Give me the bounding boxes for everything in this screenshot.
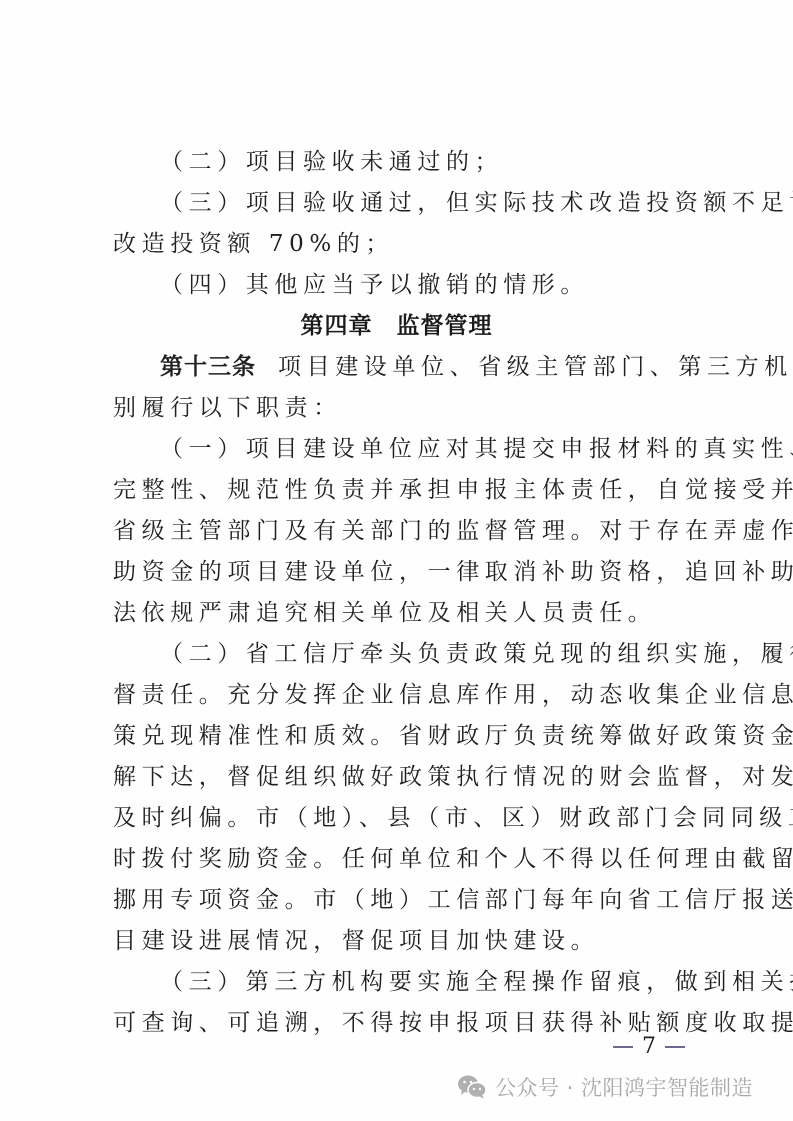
article-text: 项目建设单位、省级主管部门、第三方机构等分	[278, 354, 793, 380]
clause-1-line: 省级主管部门及有关部门的监督管理。对于存在弄虚作假骗取补	[113, 516, 793, 546]
clause-1-line: 法依规严肃追究相关单位及相关人员责任。	[113, 598, 656, 628]
clause-2-line: （二）省工信厅牵头负责政策兑现的组织实施，履行财会监	[160, 639, 793, 669]
clause-3-line: （三）第三方机构要实施全程操作留痕，做到相关操作记录	[160, 967, 793, 997]
clause-2-line: 及时纠偏。市（地）、县（市、区）财政部门会同同级工信部门及	[113, 803, 793, 833]
chapter-title: 第四章 监督管理	[0, 311, 793, 341]
clause-1-line: 完整性、规范性负责并承担申报主体责任，自觉接受并积极配合	[113, 475, 793, 505]
list-item-revoke-2: （二）项目验收未通过的；	[160, 147, 503, 177]
article-13-line-1: 第十三条项目建设单位、省级主管部门、第三方机构等分	[160, 352, 793, 382]
article-heading: 第十三条	[160, 354, 256, 380]
clause-2-line: 目建设进展情况，督促项目加快建设。	[113, 926, 599, 956]
list-item-revoke-3: （三）项目验收通过，但实际技术改造投资额不足计划技术	[160, 188, 793, 218]
clause-1-line: （一）项目建设单位应对其提交申报材料的真实性、准确性、	[160, 434, 793, 464]
document-page: （二）项目验收未通过的； （三）项目验收通过，但实际技术改造投资额不足计划技术 …	[0, 0, 793, 1121]
dash-left	[613, 1046, 633, 1048]
wechat-watermark: 公众号 · 沈阳鸿宇智能制造	[457, 1072, 753, 1102]
clause-2-line: 时拨付奖励资金。任何单位和个人不得以任何理由截留、挤占或	[113, 844, 793, 874]
article-13-line-2: 别履行以下职责：	[113, 393, 342, 423]
page-number-value: 7	[642, 1034, 656, 1059]
clause-2-line: 挪用专项资金。市（地）工信部门每年向省工信厅报送未验收项	[113, 885, 793, 915]
clause-2-line: 策兑现精准性和质效。省财政厅负责统筹做好政策资金保障和分	[113, 721, 793, 751]
list-item-revoke-3-cont: 改造投资额 70%的；	[113, 229, 394, 259]
wechat-icon	[457, 1074, 487, 1100]
clause-2-line: 督责任。充分发挥企业信息库作用，动态收集企业信息，提升政	[113, 680, 793, 710]
dash-right	[665, 1046, 685, 1048]
watermark-text: 公众号 · 沈阳鸿宇智能制造	[495, 1072, 753, 1102]
clause-1-line: 助资金的项目建设单位，一律取消补助资格，追回补助资金，依	[113, 557, 793, 587]
clause-2-line: 解下达，督促组织做好政策执行情况的财会监督，对发现的问题	[113, 762, 793, 792]
list-item-revoke-4: （四）其他应当予以撤销的情形。	[160, 270, 589, 300]
page-number: 7	[604, 1034, 694, 1059]
